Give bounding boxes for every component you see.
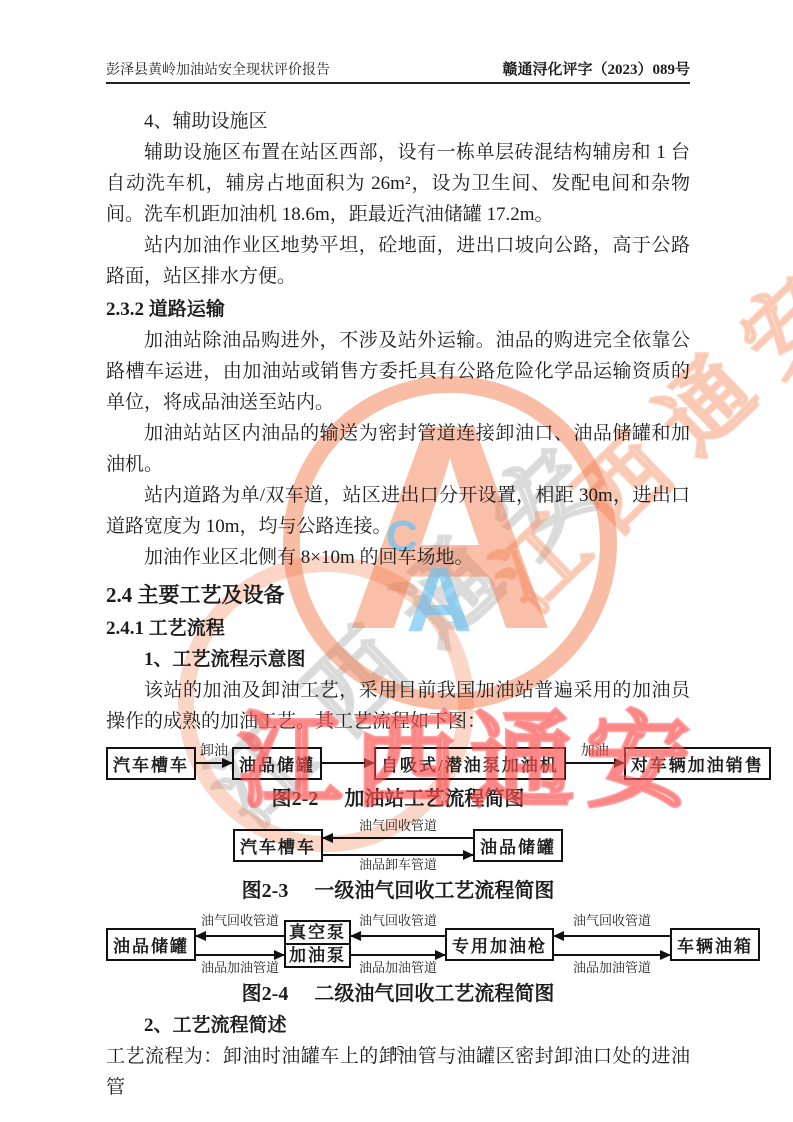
heading-flow-brief: 2、工艺流程简述 (106, 1010, 690, 1041)
flow-box-tanker-truck: 汽车槽车 (106, 747, 196, 780)
figure-2-2-number: 图2-2 (272, 788, 319, 810)
flow-arrow-unload: 卸油 (196, 744, 232, 782)
flow-arrow-plain (322, 744, 374, 782)
paragraph-road-transport-2: 加油站站区内油品的输送为密封管道连接卸油口、油品储罐和加油机。 (106, 418, 690, 480)
paragraph-auxiliary-area: 辅助设施区布置在站区西部，设有一栋单层砖混结构辅房和 1 台自动洗车机，辅房占地… (106, 137, 690, 230)
label-vapor-recovery-pipe: 油气回收管道 (201, 912, 279, 929)
flow-box-vacuum-pump: 真空泵 (286, 922, 349, 945)
paragraph-site-condition: 站内加油作业区地势平坦，砼地面，进出口坡向公路，高于公路路面，站区排水方便。 (106, 230, 690, 292)
flow-channel: 油气回收管道 油品加油管道 (351, 911, 445, 977)
arrow-right-icon (351, 954, 445, 956)
heading-2-3-2-road-transport: 2.3.2 道路运输 (106, 294, 690, 325)
flow-box-vacuum-fuel-pump: 真空泵 加油泵 (284, 920, 351, 968)
flow-channel: 油气回收管道 油品加油管道 (554, 911, 670, 977)
flow-box-oil-storage-tank: 油品储罐 (232, 747, 322, 780)
flow-channel: 油气回收管道 油品加油管道 (196, 911, 284, 977)
flow-box-oil-storage-tank: 油品储罐 (106, 928, 196, 961)
arrow-right-icon (196, 762, 232, 764)
figure-2-4-caption: 图2-4二级油气回收工艺流程简图 (106, 981, 690, 1008)
arrow-left-icon (554, 935, 670, 937)
document-page: 江西通安 江西通安 A C A 江西通安 彭泽县黄岭加油站安全现状评价报告 赣通… (0, 0, 793, 1122)
arrow-label-refuel: 加油 (581, 745, 609, 759)
arrow-right-icon (566, 762, 624, 764)
paragraph-road-transport-1: 加油站除油品购进外，不涉及站外运输。油品的购进完全依靠公路槽车运进，由加油站或销… (106, 325, 690, 418)
flow-arrow-refuel: 加油 (566, 744, 624, 782)
figure-2-4-number: 图2-4 (242, 983, 289, 1005)
flow-box-oil-storage-tank: 油品储罐 (473, 829, 563, 862)
figure-2-2: 汽车槽车 卸油 油品储罐 自吸式/潜油泵加油机 加油 对车辆加油销售 图2-2加… (106, 744, 690, 813)
page-number: 15 (0, 1044, 793, 1060)
arrow-left-icon (351, 935, 445, 937)
arrow-right-icon (554, 954, 670, 956)
flow-box-dedicated-nozzle: 专用加油枪 (445, 928, 554, 961)
heading-flow-diagram: 1、工艺流程示意图 (106, 644, 690, 675)
flow-diagram-2-4: 油品储罐 油气回收管道 油品加油管道 真空泵 加油泵 油气回收管道 油品加油管道 (106, 911, 690, 977)
header-report-title: 彭泽县黄岭加油站安全现状评价报告 (106, 59, 330, 79)
paragraph-flow-intro: 该站的加油及卸油工艺，采用目前我国加油站普遍采用的加油员操作的成熟的加油工艺。其… (106, 675, 690, 737)
arrow-left-icon (196, 935, 284, 937)
arrow-right-icon (322, 762, 374, 764)
label-oil-fueling-pipe: 油品加油管道 (201, 959, 279, 976)
flow-diagram-2-3: 汽车槽车 油气回收管道 油品卸车管道 油品储罐 (106, 816, 690, 874)
flow-diagram-2-2: 汽车槽车 卸油 油品储罐 自吸式/潜油泵加油机 加油 对车辆加油销售 (106, 744, 690, 782)
heading-2-4-main-process-equipment: 2.4 主要工艺及设备 (106, 577, 690, 613)
label-oil-fueling-pipe: 油品加油管道 (573, 959, 651, 976)
figure-2-3-number: 图2-3 (242, 880, 289, 902)
label-oil-fueling-pipe: 油品加油管道 (359, 959, 437, 976)
arrow-label-unload: 卸油 (200, 745, 228, 759)
figure-2-4-title: 二级油气回收工艺流程简图 (314, 983, 554, 1005)
flow-box-fuel-pump: 加油泵 (286, 945, 349, 966)
paragraph-turnaround-area: 加油作业区北侧有 8×10m 的回车场地。 (106, 542, 690, 573)
label-oil-unloading-pipe: 油品卸车管道 (359, 856, 437, 873)
arrow-right-icon (196, 954, 284, 956)
header-doc-number: 赣通浔化评字（2023）089号 (502, 58, 690, 79)
figure-2-2-title: 加油站工艺流程简图 (344, 788, 524, 810)
paragraph-road-transport-3: 站内道路为单/双车道，站区进出口分开设置，相距 30m，进出口道路宽度为 10m… (106, 480, 690, 542)
page-header: 彭泽县黄岭加油站安全现状评价报告 赣通浔化评字（2023）089号 (106, 58, 690, 84)
figure-2-4: 油品储罐 油气回收管道 油品加油管道 真空泵 加油泵 油气回收管道 油品加油管道 (106, 911, 690, 1008)
heading-auxiliary-area: 4、辅助设施区 (106, 106, 690, 137)
figure-2-2-caption: 图2-2加油站工艺流程简图 (106, 786, 690, 813)
figure-2-3-caption: 图2-3一级油气回收工艺流程简图 (106, 878, 690, 905)
label-vapor-recovery-pipe: 油气回收管道 (359, 912, 437, 929)
flow-box-dispenser: 自吸式/潜油泵加油机 (374, 747, 566, 780)
heading-2-4-1-process-flow: 2.4.1 工艺流程 (106, 613, 690, 644)
arrow-left-icon (323, 837, 473, 839)
flow-box-vehicle-fuel-tank: 车辆油箱 (670, 928, 760, 961)
flow-box-tanker-truck: 汽车槽车 (233, 829, 323, 862)
label-vapor-recovery-pipe: 油气回收管道 (573, 912, 651, 929)
flow-channel: 油气回收管道 油品卸车管道 (323, 816, 473, 874)
figure-2-3: 汽车槽车 油气回收管道 油品卸车管道 油品储罐 图2-3一级油气回收工艺流程简图 (106, 816, 690, 905)
flow-box-vehicle-sales: 对车辆加油销售 (624, 747, 771, 780)
figure-2-3-title: 一级油气回收工艺流程简图 (314, 880, 554, 902)
document-content: 彭泽县黄岭加油站安全现状评价报告 赣通浔化评字（2023）089号 4、辅助设施… (106, 58, 690, 1103)
label-vapor-recovery-pipe: 油气回收管道 (359, 817, 437, 834)
